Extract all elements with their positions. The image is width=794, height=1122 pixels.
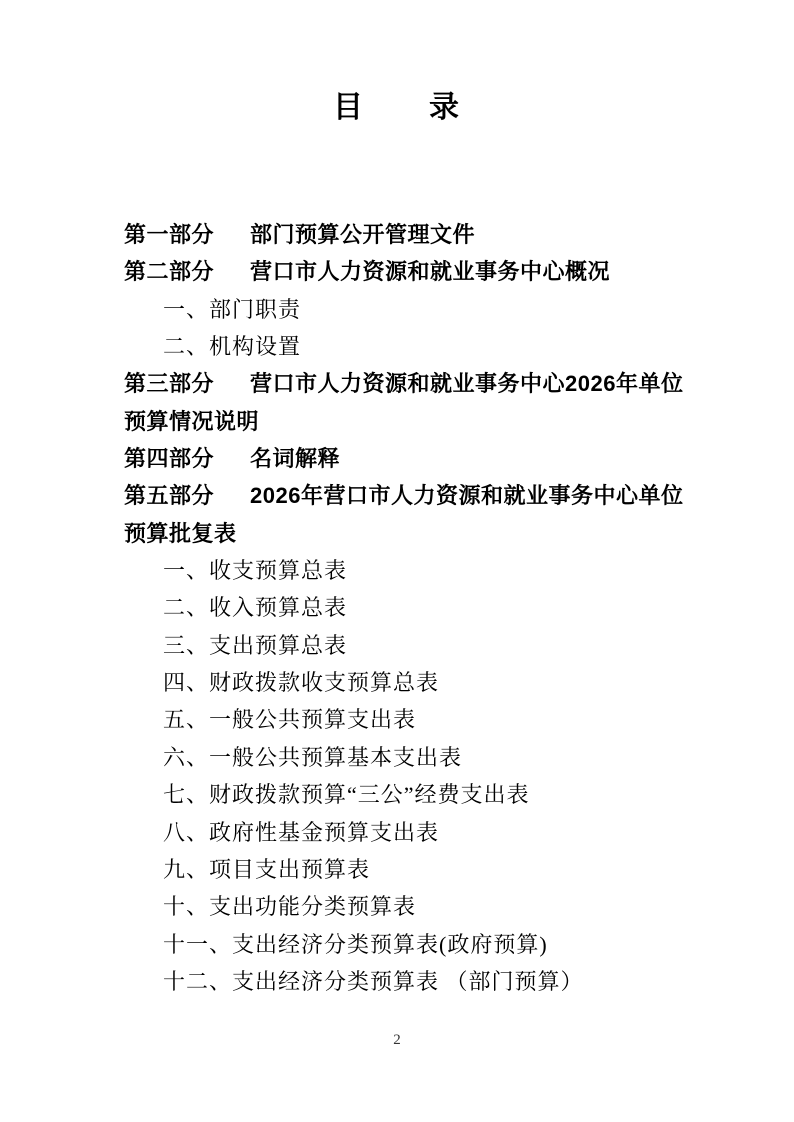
toc-sub-entry: 三、支出预算总表	[124, 627, 684, 664]
toc-part-entry: 第一部分部门预算公开管理文件	[124, 216, 684, 253]
toc-sub-entry: 十二、支出经济分类预算表 （部门预算）	[124, 963, 684, 1000]
toc-part-title: 名词解释	[250, 446, 340, 471]
page-number: 2	[0, 1032, 794, 1049]
toc-sub-entry: 二、机构设置	[124, 328, 684, 365]
toc-part-title: 部门预算公开管理文件	[250, 222, 475, 247]
toc-sub-entry: 二、收入预算总表	[124, 589, 684, 626]
toc-part-entry: 第三部分营口市人力资源和就业事务中心2026年单位预算情况说明	[124, 365, 684, 440]
toc-part-label: 第三部分	[124, 371, 214, 396]
toc-sub-entry: 十一、支出经济分类预算表(政府预算)	[124, 926, 684, 963]
table-of-contents: 第一部分部门预算公开管理文件 第二部分营口市人力资源和就业事务中心概况 一、部门…	[124, 216, 684, 1000]
document-page: 目 录 第一部分部门预算公开管理文件 第二部分营口市人力资源和就业事务中心概况 …	[0, 0, 794, 1122]
toc-part-entry: 第四部分名词解释	[124, 440, 684, 477]
toc-part-label: 第四部分	[124, 446, 214, 471]
toc-sub-entry: 一、部门职责	[124, 291, 684, 328]
toc-part-entry: 第五部分2026年营口市人力资源和就业事务中心单位预算批复表	[124, 477, 684, 552]
toc-sub-entry: 六、一般公共预算基本支出表	[124, 739, 684, 776]
toc-part-label: 第二部分	[124, 259, 214, 284]
toc-sub-entry: 八、政府性基金预算支出表	[124, 814, 684, 851]
toc-sub-entry: 七、财政拨款预算“三公”经费支出表	[124, 776, 684, 813]
toc-sub-entry: 十、支出功能分类预算表	[124, 888, 684, 925]
toc-sub-entry: 五、一般公共预算支出表	[124, 701, 684, 738]
toc-part-label: 第一部分	[124, 222, 214, 247]
page-title: 目 录	[0, 0, 794, 130]
toc-part-label: 第五部分	[124, 483, 214, 508]
toc-sub-entry: 一、收支预算总表	[124, 552, 684, 589]
toc-sub-entry: 九、项目支出预算表	[124, 851, 684, 888]
toc-part-entry: 第二部分营口市人力资源和就业事务中心概况	[124, 253, 684, 290]
toc-sub-entry: 四、财政拨款收支预算总表	[124, 664, 684, 701]
toc-part-title: 营口市人力资源和就业事务中心概况	[250, 259, 610, 284]
